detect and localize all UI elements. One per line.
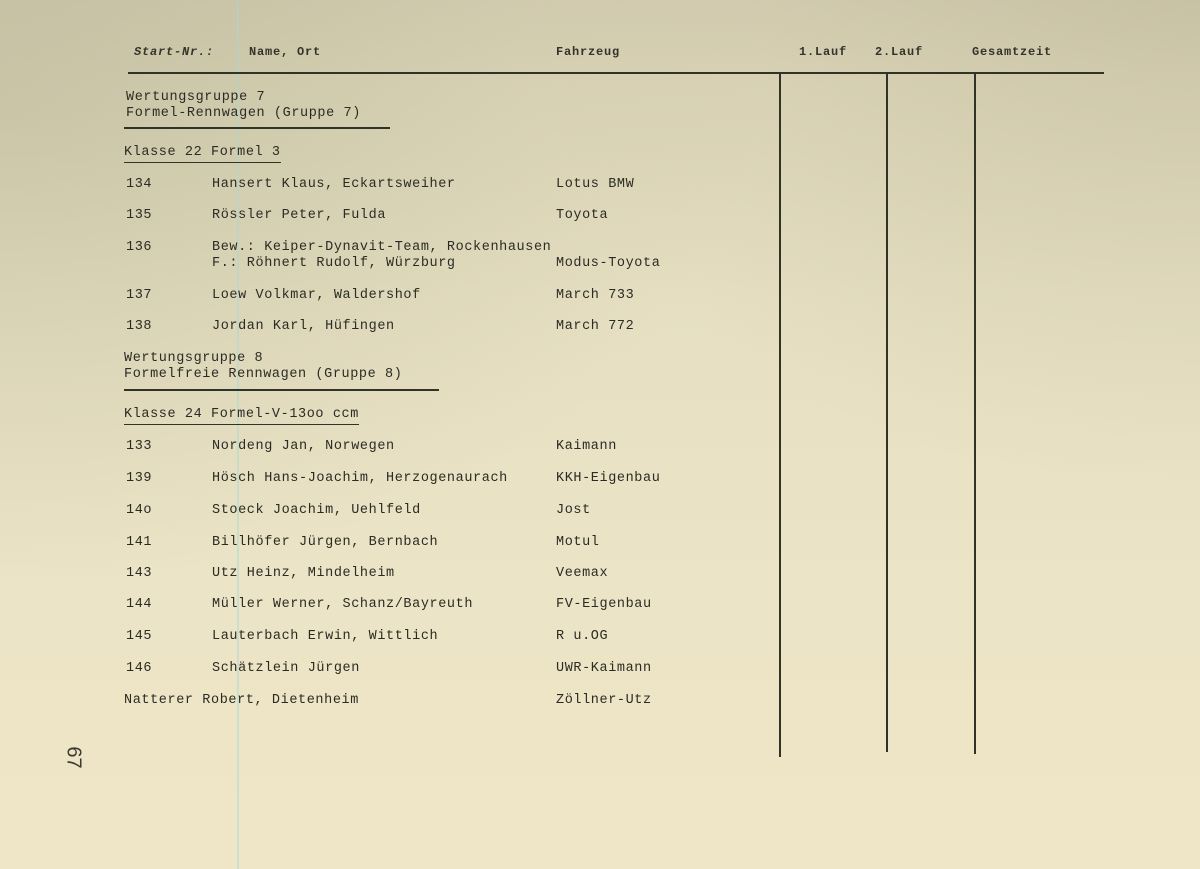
column-divider-lauf2 [886,73,888,752]
driver-name: Lauterbach Erwin, Wittlich [212,629,438,645]
group-title-line2: Formel-Rennwagen (Gruppe 7) [126,106,361,122]
vehicle: Veemax [556,566,608,582]
start-number: 134 [126,177,152,193]
scan-artifact-line [237,0,239,869]
group-underline [124,389,439,391]
vehicle: Lotus BMW [556,177,634,193]
group-title-line2: Formelfreie Rennwagen (Gruppe 8) [124,367,402,383]
driver-name: Jordan Karl, Hüfingen [212,319,395,335]
column-divider-gesamtzeit [974,73,976,754]
vehicle: Modus-Toyota [556,256,660,272]
header-lauf1: 1.Lauf [799,44,847,60]
driver-name: Utz Heinz, Mindelheim [212,566,395,582]
header-fahrzeug: Fahrzeug [556,44,620,60]
vehicle: Jost [556,503,591,519]
group-title-line1: Wertungsgruppe 8 [124,351,263,367]
vehicle: March 733 [556,288,634,304]
header-start-nr: Start-Nr.: [134,44,214,60]
driver-name: Hansert Klaus, Eckartsweiher [212,177,456,193]
vehicle: FV-Eigenbau [556,597,652,613]
start-number: 136 [126,240,152,256]
vehicle: Kaimann [556,439,617,455]
start-number: 141 [126,535,152,551]
page-number: 67 [62,746,85,768]
driver-name: Nordeng Jan, Norwegen [212,439,395,455]
vehicle: Motul [556,535,600,551]
entrant-name: Bew.: Keiper-Dynavit-Team, Rockenhausen [212,240,551,256]
start-number: 14o [126,503,152,519]
vehicle: March 772 [556,319,634,335]
driver-name: Rössler Peter, Fulda [212,208,386,224]
paper-shading [0,0,1200,869]
group-underline [124,127,390,129]
vehicle: UWR-Kaimann [556,661,652,677]
driver-name: Müller Werner, Schanz/Bayreuth [212,597,473,613]
klasse-heading: Klasse 22 Formel 3 [124,145,281,163]
driver-name: Schätzlein Jürgen [212,661,360,677]
klasse-heading: Klasse 24 Formel-V-13oo ccm [124,407,359,425]
driver-name: Hösch Hans-Joachim, Herzogenaurach [212,471,508,487]
start-number: 135 [126,208,152,224]
start-number: 143 [126,566,152,582]
start-number: 138 [126,319,152,335]
driver-name: F.: Röhnert Rudolf, Würzburg [212,256,456,272]
start-number: 139 [126,471,152,487]
vehicle: KKH-Eigenbau [556,471,660,487]
vehicle: Toyota [556,208,608,224]
group-title-line1: Wertungsgruppe 7 [126,90,265,106]
start-number: 133 [126,439,152,455]
start-number: 144 [126,597,152,613]
start-number: 137 [126,288,152,304]
header-name-ort: Name, Ort [249,44,321,60]
column-divider-lauf1 [779,73,781,757]
header-rule [128,72,1104,74]
driver-name-full: Natterer Robert, Dietenheim [124,693,359,709]
vehicle: R u.OG [556,629,608,645]
header-lauf2: 2.Lauf [875,44,923,60]
start-number: 146 [126,661,152,677]
driver-name: Billhöfer Jürgen, Bernbach [212,535,438,551]
header-gesamtzeit: Gesamtzeit [972,44,1052,60]
driver-name: Stoeck Joachim, Uehlfeld [212,503,421,519]
driver-name: Loew Volkmar, Waldershof [212,288,421,304]
start-number: 145 [126,629,152,645]
vehicle: Zöllner-Utz [556,693,652,709]
